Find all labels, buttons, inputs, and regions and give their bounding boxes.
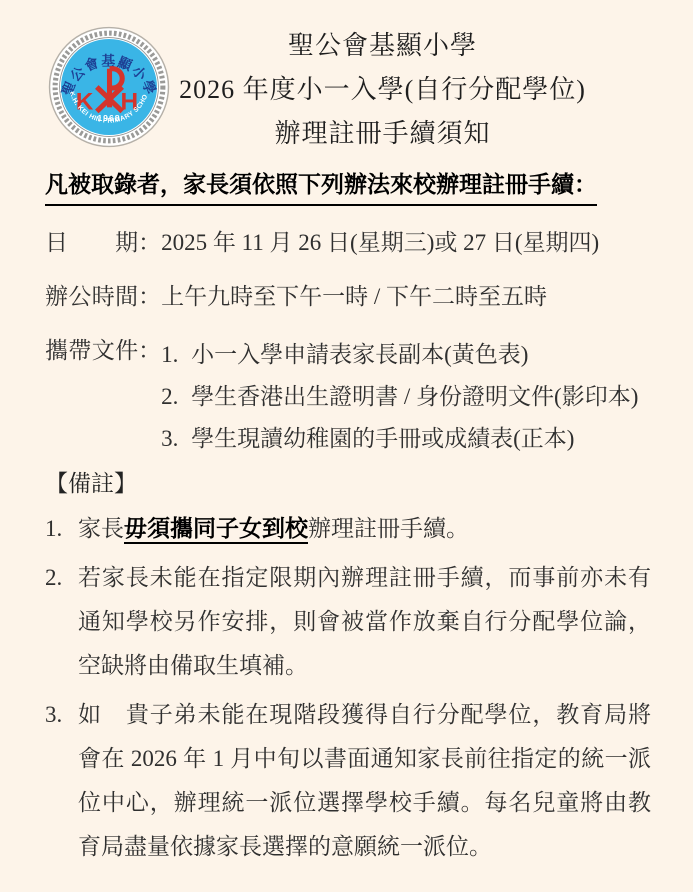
date-value: 2025 年 11 月 26 日(星期三)或 27 日(星期四) (161, 226, 651, 260)
remark-item-2: 2. 若家長未能在指定限期內辦理註冊手續，而事前亦未有通知學校另作安排，則會被當… (45, 556, 651, 688)
notice-body: 凡被取錄者，家長須依照下列辦法來校辦理註冊手續： 日期 ： 2025 年 11 … (0, 170, 693, 869)
date-colon: ： (138, 226, 161, 260)
document-item-text: 小一入學申請表家長副本(黃色表) (191, 334, 651, 376)
office-hours-label: 辦公時間 (45, 280, 138, 314)
remark-item-1: 1. 家長毋須攜同子女到校辦理註冊手續。 (45, 507, 651, 551)
documents-field: 攜帶文件 ： 1. 小一入學申請表家長副本(黃色表) 2. 學生香港出生證明書 … (45, 334, 651, 460)
office-hours-value: 上午九時至下午一時 / 下午二時至五時 (161, 280, 651, 314)
date-field: 日期 ： 2025 年 11 月 26 日(星期三)或 27 日(星期四) (45, 226, 651, 260)
documents-list: 1. 小一入學申請表家長副本(黃色表) 2. 學生香港出生證明書 / 身份證明文… (161, 334, 651, 460)
document-item-text: 學生香港出生證明書 / 身份證明文件(影印本) (191, 376, 651, 418)
remark1-post: 辦理註冊手續。 (308, 516, 469, 541)
office-hours-field: 辦公時間 ： 上午九時至下午一時 / 下午二時至五時 (45, 280, 651, 314)
document-item: 3. 學生現讀幼稚園的手冊或成績表(正本) (161, 418, 651, 460)
remarks-title: 【備註】 (45, 466, 651, 502)
office-hours-colon: ： (138, 280, 161, 314)
school-logo: 聖公會基顯小學 K H 1968 S.K.H. KEI HIN PRIMARY … (48, 26, 170, 148)
remark-text: 如 貴子弟未能在現階段獲得自行分配學位，教育局將會在 2026 年 1 月中旬以… (78, 693, 651, 869)
date-label: 日期 (45, 226, 138, 260)
document-item-number: 3. (161, 418, 191, 460)
notice-page: 聖公會基顯小學 K H 1968 S.K.H. KEI HIN PRIMARY … (0, 0, 693, 892)
remark-number: 3. (45, 693, 78, 869)
remark1-emphasis: 毋須攜同子女到校 (124, 516, 308, 541)
remark1-pre: 家長 (78, 516, 124, 541)
remark-number: 2. (45, 556, 78, 688)
remark-number: 1. (45, 507, 78, 551)
document-item: 2. 學生香港出生證明書 / 身份證明文件(影印本) (161, 376, 651, 418)
intro-text: 凡被取錄者，家長須依照下列辦法來校辦理註冊手續： (45, 170, 597, 206)
documents-colon: ： (138, 334, 161, 368)
document-item-number: 2. (161, 376, 191, 418)
document-item-number: 1. (161, 334, 191, 376)
remark-text: 若家長未能在指定限期內辦理註冊手續，而事前亦未有通知學校另作安排，則會被當作放棄… (78, 556, 651, 688)
remark-text: 家長毋須攜同子女到校辦理註冊手續。 (78, 507, 651, 551)
documents-label: 攜帶文件 (45, 334, 138, 368)
remark-item-3: 3. 如 貴子弟未能在現階段獲得自行分配學位，教育局將會在 2026 年 1 月… (45, 693, 651, 869)
school-logo-icon: 聖公會基顯小學 K H 1968 S.K.H. KEI HIN PRIMARY … (48, 26, 170, 148)
intro-line: 凡被取錄者，家長須依照下列辦法來校辦理註冊手續： (45, 170, 651, 206)
document-item-text: 學生現讀幼稚園的手冊或成績表(正本) (191, 418, 651, 460)
document-item: 1. 小一入學申請表家長副本(黃色表) (161, 334, 651, 376)
